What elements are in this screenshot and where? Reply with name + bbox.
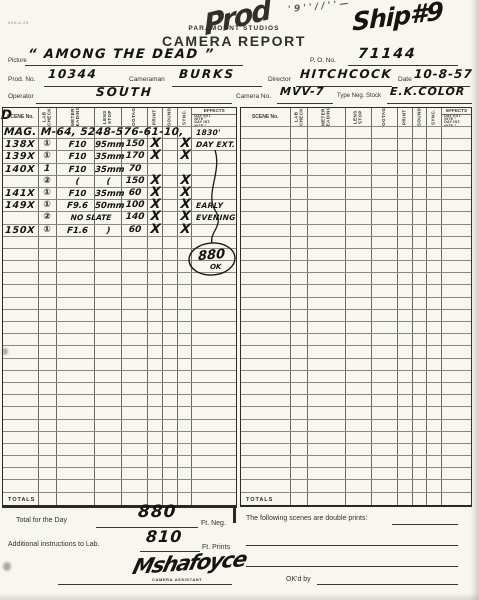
table-cell	[308, 176, 346, 187]
table-cell	[398, 322, 413, 333]
pencil-tick-marks: ' 9 ' ' / / ' ' —	[288, 0, 349, 15]
table-cell	[398, 371, 413, 382]
table-cell	[291, 420, 309, 431]
handwritten-entry: 35mm	[95, 152, 123, 162]
table-cell	[291, 310, 309, 321]
table-cell	[372, 420, 398, 431]
table-cell	[95, 298, 122, 309]
po-label: P. O. No.	[310, 57, 336, 64]
table-cell	[57, 395, 96, 406]
table-cell	[192, 420, 236, 431]
handwritten-entry: 140X	[5, 164, 42, 175]
vertical-header-label: LENS STOP	[95, 108, 121, 126]
table-row	[241, 188, 471, 200]
table-cell	[178, 237, 193, 248]
table-cell	[372, 164, 398, 175]
table-cell	[163, 468, 178, 479]
table-cell	[122, 444, 148, 455]
table-cell	[291, 371, 309, 382]
handwritten-entry: 150	[122, 139, 149, 149]
table-cell	[398, 298, 413, 309]
table-cell	[291, 322, 309, 333]
table-cell	[372, 468, 398, 479]
table-cell	[122, 334, 148, 345]
table-row	[241, 310, 471, 322]
handwritten-entry: ①	[38, 200, 57, 210]
po-underline	[348, 65, 458, 66]
table-cell	[57, 285, 96, 296]
table-cell	[122, 261, 148, 272]
table-cell	[308, 139, 346, 150]
handwritten-entry: 35mm	[95, 189, 123, 199]
table-cell	[398, 237, 413, 248]
table-row	[3, 285, 236, 297]
table-cell	[178, 456, 193, 467]
table-cell	[442, 285, 471, 296]
table-row	[241, 225, 471, 237]
table-cell	[178, 468, 193, 479]
table-cell	[291, 346, 309, 357]
table-row	[241, 261, 471, 273]
table-cell	[178, 395, 193, 406]
table-cell	[398, 285, 413, 296]
table-row	[3, 432, 236, 444]
table-cell	[148, 249, 163, 260]
table-cell	[122, 346, 148, 357]
table-cell	[398, 359, 413, 370]
lab-check-header: LAB CHECK	[39, 108, 57, 126]
table-cell	[427, 420, 442, 431]
table-cell	[427, 456, 442, 467]
total-day-label: Total for the Day	[16, 517, 67, 524]
table-cell	[241, 432, 291, 443]
table-cell	[39, 444, 57, 455]
table-cell	[148, 383, 163, 394]
table-cell	[308, 298, 346, 309]
handwritten-entry: 35mm	[95, 165, 123, 175]
table-cell	[291, 188, 309, 199]
table-cell	[308, 225, 346, 236]
table-cell	[308, 261, 346, 272]
cameraman-label: Cameraman	[129, 76, 165, 83]
table-cell	[122, 322, 148, 333]
table-cell	[192, 395, 236, 406]
table-cell	[178, 371, 193, 382]
table-cell	[241, 151, 291, 162]
table-cell	[427, 371, 442, 382]
table-row	[3, 444, 236, 456]
table-row	[241, 237, 471, 249]
table-cell	[148, 273, 163, 284]
table-cell	[372, 432, 398, 443]
table-cell	[178, 334, 193, 345]
handwritten-entry: 149X	[5, 200, 42, 211]
table-cell	[427, 127, 442, 138]
table-cell	[398, 164, 413, 175]
table-cell	[346, 444, 372, 455]
handwritten-entry: F9.6	[60, 201, 96, 211]
table-row	[3, 480, 236, 492]
table-cell	[241, 468, 291, 479]
table-cell	[95, 456, 122, 467]
table-cell	[95, 371, 122, 382]
vertical-header-label: SOUND	[163, 108, 177, 126]
table-cell	[346, 188, 372, 199]
studio-name: PARAMOUNT STUDIOS	[152, 25, 316, 32]
table-cell	[57, 237, 96, 248]
table-cell	[413, 127, 428, 138]
table-cell	[39, 273, 57, 284]
table-cell	[291, 176, 309, 187]
table-cell	[57, 322, 96, 333]
table-cell	[148, 444, 163, 455]
table-cell	[308, 468, 346, 479]
table-cell	[291, 334, 309, 345]
table-cell	[163, 176, 178, 187]
table-cell	[413, 225, 428, 236]
vertical-header-label: FOOTAGE	[122, 108, 147, 126]
table-cell	[163, 444, 178, 455]
double-prints-line2	[246, 545, 458, 546]
table-cell	[346, 432, 372, 443]
vertical-header-label: SYNC.	[427, 108, 441, 126]
table-cell	[442, 407, 471, 418]
table-cell	[372, 298, 398, 309]
handwritten-entry: 60	[122, 188, 149, 198]
table-cell	[398, 480, 413, 491]
handwritten-entry: F10	[60, 140, 96, 150]
cameraman-underline	[172, 86, 262, 87]
table-cell	[398, 261, 413, 272]
table-cell	[241, 346, 291, 357]
po-value: 71144	[357, 46, 417, 62]
vertical-header-label: SYNC.	[178, 108, 192, 126]
table-cell	[122, 395, 148, 406]
table-cell	[442, 249, 471, 260]
handwritten-entry: X	[148, 151, 164, 161]
table-cell	[241, 249, 291, 260]
table-cell	[413, 456, 428, 467]
table-cell	[398, 456, 413, 467]
table-cell	[148, 371, 163, 382]
table-cell	[241, 164, 291, 175]
table-row	[3, 237, 236, 249]
table-cell	[291, 432, 309, 443]
date-label: Date	[398, 76, 412, 83]
table-row	[3, 346, 236, 358]
table-cell	[398, 346, 413, 357]
table-cell	[241, 395, 291, 406]
table-cell	[57, 407, 96, 418]
table-cell	[427, 359, 442, 370]
table-cell	[308, 151, 346, 162]
table-cell	[442, 420, 471, 431]
operator-underline	[36, 103, 232, 104]
table-cell	[95, 322, 122, 333]
table-cell	[372, 383, 398, 394]
table-cell	[3, 273, 39, 284]
table-cell	[122, 371, 148, 382]
table-cell	[163, 139, 178, 150]
table-cell	[413, 151, 428, 162]
scene-no-header: SCENE No.	[241, 108, 291, 126]
table-cell	[413, 212, 428, 223]
handwritten-entry: ①	[38, 151, 57, 161]
table-cell	[427, 176, 442, 187]
table-cell	[178, 444, 193, 455]
table-cell	[95, 480, 122, 491]
table-cell	[95, 383, 122, 394]
handwritten-entry: MAG. M-64, 5248-576-61-10,	[4, 126, 193, 138]
table-cell	[372, 322, 398, 333]
table-cell	[192, 273, 236, 284]
table-cell	[95, 334, 122, 345]
table-cell	[192, 346, 236, 357]
table-cell	[413, 298, 428, 309]
table-cell	[308, 212, 346, 223]
handwritten-entry: F10	[60, 152, 96, 162]
table-row	[3, 310, 236, 322]
table-cell	[3, 322, 39, 333]
table-cell	[372, 371, 398, 382]
table-cell	[241, 407, 291, 418]
table-row	[3, 273, 236, 285]
table-cell	[3, 432, 39, 443]
vertical-header-label: METER READINGS	[308, 108, 345, 126]
table-row	[241, 359, 471, 371]
table-cell	[427, 139, 442, 150]
table-cell	[148, 480, 163, 491]
table-cell	[308, 359, 346, 370]
table-cell	[398, 200, 413, 211]
table-cell	[372, 285, 398, 296]
table-cell	[57, 432, 96, 443]
table-row	[241, 407, 471, 419]
table-cell	[372, 261, 398, 272]
table-cell	[413, 176, 428, 187]
table-row	[241, 273, 471, 285]
table-cell	[122, 310, 148, 321]
table-cell	[178, 480, 193, 491]
table-cell	[291, 237, 309, 248]
operator-value: SOUTH	[96, 85, 154, 99]
table-cell	[372, 407, 398, 418]
table-cell	[413, 261, 428, 272]
table-cell	[291, 359, 309, 370]
table-cell	[39, 298, 57, 309]
table-cell	[346, 371, 372, 382]
table-cell	[398, 334, 413, 345]
table-cell	[163, 261, 178, 272]
table-cell	[148, 432, 163, 443]
table-cell	[3, 298, 39, 309]
neg-stock-value: E.K.COLOR	[390, 85, 466, 98]
table-row	[241, 383, 471, 395]
table-cell	[346, 346, 372, 357]
table-row	[241, 285, 471, 297]
table-cell	[241, 383, 291, 394]
table-row	[3, 456, 236, 468]
table-cell	[442, 468, 471, 479]
table-cell	[398, 127, 413, 138]
table-cell	[148, 322, 163, 333]
camera-no-value: MVV-7	[280, 85, 325, 98]
table-cell	[3, 261, 39, 272]
sound-header: SOUND	[163, 108, 178, 126]
table-cell	[163, 371, 178, 382]
table-cell	[427, 200, 442, 211]
table-cell	[413, 273, 428, 284]
addl-value: 810	[145, 527, 183, 546]
table-cell	[192, 334, 236, 345]
table-cell	[122, 432, 148, 443]
table-cell	[241, 188, 291, 199]
table-cell	[442, 200, 471, 211]
table-cell	[398, 383, 413, 394]
table-cell	[308, 310, 346, 321]
table-row	[241, 420, 471, 432]
table-cell	[413, 420, 428, 431]
table-cell	[241, 334, 291, 345]
table-cell	[95, 249, 122, 260]
table-cell	[291, 456, 309, 467]
table-cell	[192, 480, 236, 491]
handwritten-entry: 150X	[5, 225, 42, 236]
table-cell	[308, 407, 346, 418]
table-cell	[308, 346, 346, 357]
table-cell	[95, 444, 122, 455]
totals-cell: TOTALS	[3, 493, 39, 507]
table-cell	[3, 395, 39, 406]
handwritten-entry: X	[178, 225, 194, 235]
table-cell	[163, 273, 178, 284]
table-cell	[427, 432, 442, 443]
table-cell	[427, 395, 442, 406]
print-header: PRINT	[398, 108, 413, 126]
table-cell	[398, 432, 413, 443]
table-cell	[163, 407, 178, 418]
totals-cell	[95, 493, 122, 507]
table-cell	[148, 407, 163, 418]
table-cell	[346, 322, 372, 333]
director-label: Director	[268, 76, 291, 83]
table-cell	[413, 139, 428, 150]
handwritten-entry: F10	[60, 189, 96, 199]
table-cell	[95, 407, 122, 418]
scene-no-header: SCENE No.	[3, 108, 39, 126]
handwritten-entry: )	[95, 226, 123, 236]
table-cell	[346, 212, 372, 223]
table-cell	[39, 285, 57, 296]
table-cell	[192, 164, 236, 175]
table-cell	[346, 480, 372, 491]
table-cell	[148, 298, 163, 309]
table-cell	[398, 249, 413, 260]
table-cell	[163, 225, 178, 236]
table-cell	[163, 359, 178, 370]
table-row	[241, 456, 471, 468]
vertical-header-label: FOOTAGE	[372, 108, 397, 126]
table-cell	[413, 200, 428, 211]
table-cell	[442, 334, 471, 345]
table-row	[3, 334, 236, 346]
table-cell	[413, 371, 428, 382]
totals-cell	[178, 493, 193, 507]
table-cell	[39, 359, 57, 370]
table-cell	[148, 456, 163, 467]
table-cell	[442, 395, 471, 406]
table-cell	[372, 346, 398, 357]
table-cell	[192, 371, 236, 382]
table-cell	[192, 432, 236, 443]
table-cell	[178, 407, 193, 418]
date-value: 10-8-57	[414, 67, 474, 81]
table-cell	[346, 164, 372, 175]
neg-stock-underline	[387, 103, 472, 104]
table-cell	[148, 468, 163, 479]
table-cell	[163, 383, 178, 394]
table-cell	[308, 127, 346, 138]
table-cell	[3, 456, 39, 467]
table-cell	[372, 310, 398, 321]
table-cell	[413, 395, 428, 406]
table-cell	[95, 273, 122, 284]
totals-divider-right	[240, 505, 472, 507]
table-cell	[427, 407, 442, 418]
table-cell	[39, 383, 57, 394]
camera-report-sheet: 508-4-25 ' 9 ' ' / / ' ' — Prod Ship#9 P…	[0, 0, 479, 600]
vertical-header-label: PRINT	[398, 108, 412, 126]
scene-no-header-label: SCENE No.	[241, 108, 290, 126]
effects-subline: NITE "	[192, 125, 236, 126]
table-row	[241, 432, 471, 444]
table-row	[241, 371, 471, 383]
table-cell	[39, 334, 57, 345]
handwritten-entry: 1	[38, 164, 57, 174]
table-cell	[241, 127, 291, 138]
table-cell	[163, 432, 178, 443]
table-cell	[3, 285, 39, 296]
table-cell	[442, 151, 471, 162]
table-cell	[291, 383, 309, 394]
circled-total-value: 880	[198, 247, 225, 264]
table-cell	[57, 346, 96, 357]
table-cell	[57, 444, 96, 455]
table-cell	[413, 468, 428, 479]
table-cell	[442, 176, 471, 187]
table-cell	[95, 359, 122, 370]
handwritten-entry: ②	[38, 212, 57, 222]
table-cell	[308, 334, 346, 345]
table-row	[241, 212, 471, 224]
table-row	[3, 420, 236, 432]
table-cell	[427, 212, 442, 223]
table-cell	[39, 432, 57, 443]
table-row	[3, 395, 236, 407]
table-cell	[413, 480, 428, 491]
table-cell	[122, 359, 148, 370]
table-row	[241, 164, 471, 176]
table-cell	[95, 468, 122, 479]
table-cell	[346, 127, 372, 138]
table-cell	[122, 480, 148, 491]
table-cell	[95, 420, 122, 431]
table-cell	[308, 420, 346, 431]
camera-no-underline	[277, 103, 333, 104]
table-cell	[57, 298, 96, 309]
table-cell	[372, 444, 398, 455]
table-cell	[241, 176, 291, 187]
